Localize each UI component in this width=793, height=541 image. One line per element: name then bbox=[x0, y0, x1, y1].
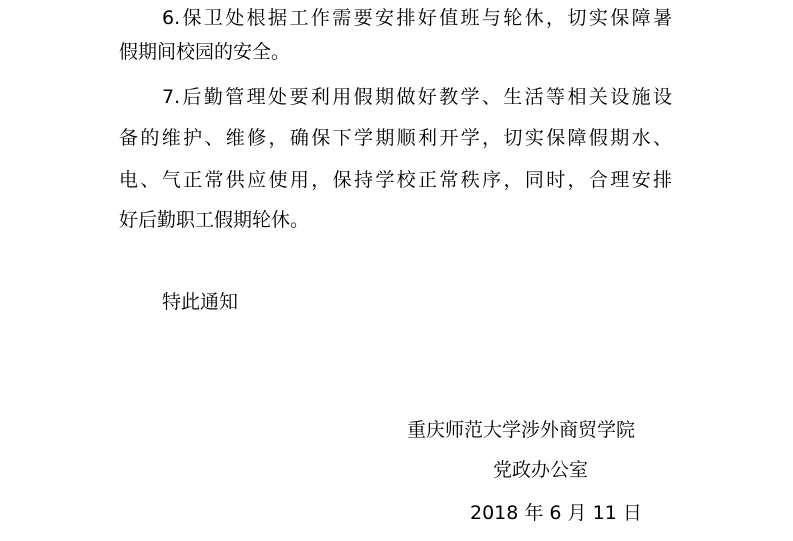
paragraph-7-line-4: 好后勤职工假期轮休。 bbox=[119, 208, 672, 232]
paragraph-7-line-2: 备的维护、维修，确保下学期顺利开学，切实保障假期水、 bbox=[119, 126, 672, 150]
document-page: 6.保卫处根据工作需要安排好值班与轮休，切实保障暑 假期间校园的安全。 7.后勤… bbox=[0, 0, 793, 541]
signature-office: 党政办公室 bbox=[493, 458, 588, 482]
closing-text: 特此通知 bbox=[162, 290, 238, 314]
signature-organization: 重庆师范大学涉外商贸学院 bbox=[407, 418, 635, 442]
paragraph-6-line-1: 6.保卫处根据工作需要安排好值班与轮休，切实保障暑 bbox=[162, 6, 672, 30]
paragraph-7-line-3: 电、气正常供应使用，保持学校正常秩序，同时，合理安排 bbox=[119, 168, 672, 192]
paragraph-7-line-1: 7.后勤管理处要利用假期做好教学、生活等相关设施设 bbox=[162, 85, 672, 109]
signature-date: 2018 年 6 月 11 日 bbox=[470, 501, 642, 525]
paragraph-6-line-2: 假期间校园的安全。 bbox=[119, 40, 672, 64]
